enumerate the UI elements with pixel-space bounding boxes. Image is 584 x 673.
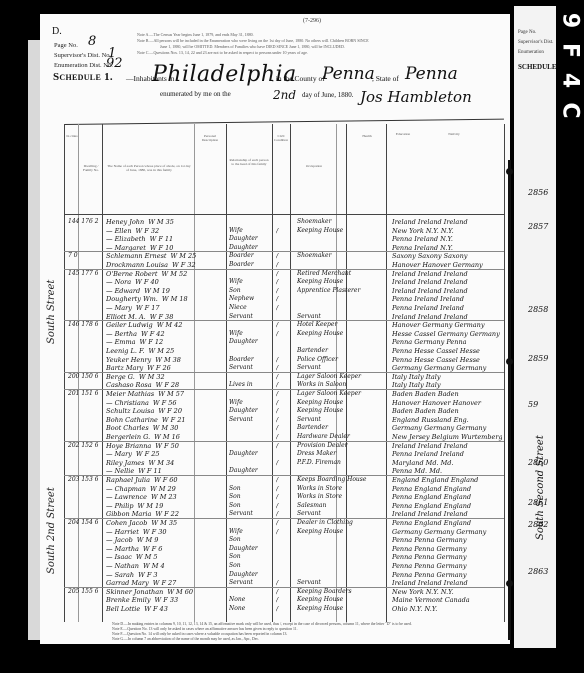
birthplaces: England England England	[392, 476, 502, 484]
form-code: (7-296)	[303, 18, 321, 24]
sex-age: W M 19	[138, 502, 164, 510]
relationship: Wife	[229, 330, 271, 337]
name-text: — Jacob	[106, 536, 133, 544]
table-row: — BerthaW F 42Wife/Keeping HouseHesse Ca…	[64, 330, 504, 338]
occupation: Bartender	[297, 424, 367, 431]
sex-age: W M 23	[151, 493, 177, 501]
occupation: Retired Merchant	[297, 270, 367, 277]
adjacent-page	[514, 6, 558, 662]
header-divider	[64, 214, 504, 215]
civil-mark: /	[276, 287, 286, 295]
sex-age: W M 38	[155, 356, 181, 364]
sex-age: W M 32	[139, 373, 165, 381]
table-row: — ElizabethW F 11DaughterPenna Ireland N…	[64, 235, 504, 243]
person-name: — LawrenceW M 23	[106, 493, 216, 501]
civil-mark: /	[276, 270, 286, 278]
sex-age: W M 42	[157, 321, 183, 329]
occupation: Keeping House	[297, 407, 367, 414]
sex-age: W M 9	[137, 536, 159, 544]
occupation: Salesman	[297, 502, 367, 509]
col-head-dwelling: Dwelling / Family No.	[80, 164, 102, 172]
table-row: Bell LottieW F 43None/Keeping HouseOhio …	[64, 605, 504, 613]
name-text: Riley James	[106, 459, 144, 467]
birthplaces: Penna Hesse Cassel Hesse	[392, 356, 502, 364]
name-text: — Harriet	[106, 528, 139, 536]
table-row: — HarrietW F 30Wife/Keeping HouseGermany…	[64, 528, 504, 536]
relationship: Son	[229, 493, 271, 500]
name-text: — Mary	[106, 304, 132, 312]
table-row: — JacobW M 9SonPenna Penna Germany	[64, 536, 504, 544]
name-text: Yeuker Henry	[106, 356, 151, 364]
occupation: Keeping House	[297, 596, 367, 603]
table-row: — EllenW F 32Wife/Keeping HouseNew York …	[64, 227, 504, 235]
name-text: Boot Charles	[106, 424, 149, 432]
civil-mark: /	[276, 442, 286, 450]
footnote-g: Note G.—In column 7 an abbreviation of t…	[112, 637, 259, 641]
sex-age: W M 18	[162, 295, 188, 303]
right-family-number: 59	[528, 400, 538, 409]
name-text: — Ellen	[106, 227, 132, 235]
occupation: Keeping Boarders	[297, 588, 367, 595]
person-name: — MaryW F 17	[106, 304, 216, 312]
sex-age: W F 25	[136, 450, 160, 458]
relationship: Son	[229, 502, 271, 509]
relationship: Servant	[229, 364, 271, 371]
right-margin-note: South Second Street	[535, 435, 546, 540]
person-name: Boot CharlesW M 30	[106, 424, 216, 432]
name-text: Heney John	[106, 218, 144, 226]
civil-mark: /	[276, 416, 286, 424]
name-text: — Elizabeth	[106, 235, 146, 243]
civil-mark: /	[276, 399, 286, 407]
relationship: Son	[229, 485, 271, 492]
page-spine	[508, 160, 511, 640]
name-text: Schlemann Ernest	[106, 252, 167, 260]
page-no-value: 8	[88, 34, 96, 49]
census-scan: (7-296) D. Page No. 8 Supervisor's Dist.…	[0, 0, 584, 673]
occupation: Keeping House	[297, 399, 367, 406]
name-text: Bohn Catharine	[106, 416, 158, 424]
birthplaces: Penna Ireland Ireland	[392, 304, 502, 312]
person-name: Skinner JonathanW M 60	[106, 588, 216, 596]
civil-mark: /	[276, 493, 286, 501]
birthplaces: Penna Hesse Cassel Hesse	[392, 347, 502, 355]
civil-mark: /	[276, 459, 286, 467]
occupation: Hardware Dealer	[297, 433, 367, 440]
birthplaces: Penna Ireland Ireland	[392, 295, 502, 303]
birthplaces: Baden Baden Baden	[392, 407, 502, 415]
table-row: — LawrenceW M 23Son/Works in StorePenna …	[64, 493, 504, 501]
table-row: Leenig L. F.W M 25BartenderPenna Hesse C…	[64, 347, 504, 355]
relationship: Niece	[229, 304, 271, 311]
table-row: — MaryW F 17Niece/Penna Ireland Ireland	[64, 304, 504, 312]
person-name: — EllenW F 32	[106, 227, 216, 235]
birthplaces: Saxony Saxony Saxony	[392, 252, 502, 260]
sex-age: W M 60	[167, 588, 193, 596]
person-name: — HarrietW F 30	[106, 528, 216, 536]
enumerated-label: enumerated by me on the	[160, 90, 231, 98]
person-name: Hoye BriannaW F 50	[106, 442, 216, 450]
person-name: — JacobW M 9	[106, 536, 216, 544]
right-family-number: 2858	[528, 305, 548, 314]
civil-mark: /	[276, 227, 286, 235]
person-name: Raphael JuliaW F 60	[106, 476, 216, 484]
relationship: Daughter	[229, 467, 271, 474]
table-row: Dougherty Wm.W M 18Nephew/Penna Ireland …	[64, 295, 504, 303]
sex-age: W F 20	[158, 407, 182, 415]
right-family-number: 2857	[528, 222, 548, 231]
birthplaces: Ohio N.Y. N.Y.	[392, 605, 502, 613]
occupation: Dealer in Clothing	[297, 519, 367, 526]
civil-mark: /	[276, 321, 286, 329]
right-supervisor-label: Supervisor's Dist.	[518, 40, 553, 45]
sex-age: W F 56	[153, 399, 177, 407]
table-row: 146 178 63Geiler LudwigW M 42/Hotel Keep…	[64, 321, 504, 329]
occupation: Keeping House	[297, 605, 367, 612]
civil-mark: /	[276, 407, 286, 415]
birthplaces: Ireland Ireland Ireland	[392, 287, 502, 295]
enumeration-dist-value: 92	[106, 56, 123, 71]
civil-mark: /	[276, 295, 286, 303]
dwelling-family-no: 201 151 65	[68, 390, 98, 397]
birthplaces: Germany Germany Germany	[392, 424, 502, 432]
col-head-relationship: Relationship of each person to the head …	[228, 158, 270, 166]
footnote-d: Note D.—In making entries in columns 9, …	[112, 622, 412, 626]
family-divider	[64, 475, 504, 476]
relationship: Servant	[229, 416, 271, 423]
sex-age: W F 42	[141, 330, 165, 338]
dwelling-family-no: 200 150 64	[68, 373, 98, 380]
relationship: None	[229, 596, 271, 603]
family-divider	[64, 587, 504, 588]
name-text: — Edward	[106, 287, 140, 295]
civil-mark: /	[276, 528, 286, 536]
birthplaces: Penna England England	[392, 485, 502, 493]
civil-mark: /	[276, 596, 286, 604]
right-schedule-label: SCHEDULE	[518, 63, 557, 71]
sex-age: W F 33	[155, 596, 179, 604]
occupation: Works in Store	[297, 485, 367, 492]
birthplaces: Ireland Ireland Ireland	[392, 218, 502, 226]
binding-hole	[506, 168, 513, 175]
table-row: Riley JamesW M 34/P.F.D. FiremanMaryland…	[64, 459, 504, 467]
table-row: 201 151 65Meier MathiasW M 57/Lager Salo…	[64, 390, 504, 398]
birthplaces: Penna Penna Germany	[392, 571, 502, 579]
sex-age: W F 21	[162, 416, 186, 424]
occupation: Police Officer	[297, 356, 367, 363]
sex-age: W M 5	[136, 553, 158, 561]
col-head-civil: Civil Condition	[272, 134, 290, 142]
occupation: Bartender	[297, 347, 367, 354]
supervisor-dist-label: Supervisor's Dist. No.	[54, 52, 111, 59]
family-divider	[64, 389, 504, 390]
table-top-border	[64, 119, 504, 125]
name-text: Brenke Emily	[106, 596, 151, 604]
right-page-no-label: Page No.	[518, 30, 536, 35]
relationship: Boarder	[229, 252, 271, 259]
relationship: Servant	[229, 510, 271, 517]
person-name: Riley JamesW M 34	[106, 459, 216, 467]
birthplaces: Penna Penna Germany	[392, 562, 502, 570]
sex-age: W F 60	[154, 476, 178, 484]
corner-mark: D.	[52, 26, 62, 37]
birthplaces: Hanover Hanover Hanover	[392, 399, 502, 407]
birthplaces: Maryland Md. Md.	[392, 459, 502, 467]
birthplaces: Penna Penna Germany	[392, 553, 502, 561]
name-text: — Mary	[106, 450, 132, 458]
person-name: Yeuker HenryW M 38	[106, 356, 216, 364]
name-text: — Chapman	[106, 485, 146, 493]
birthplaces: Italy Italy Italy	[392, 373, 502, 381]
table-row: — ChristianaW F 56Wife/Keeping HouseHano…	[64, 399, 504, 407]
occupation: Apprentice Plasterer	[297, 287, 367, 294]
table-row: Yeuker HenryW M 38Boarder/Police Officer…	[64, 356, 504, 364]
col-head-name: The Name of each Person whose place of a…	[106, 164, 192, 172]
column-divider	[504, 124, 505, 622]
civil-mark: /	[276, 252, 286, 260]
person-name: Heney JohnW M 35	[106, 218, 216, 226]
relationship: Daughter	[229, 571, 271, 578]
name-text: Geiler Ludwig	[106, 321, 153, 329]
note-b-cont: June 1, 1880, will be OMITTED. Members o…	[160, 44, 345, 49]
occupation: Keeping House	[297, 227, 367, 234]
occupation: Shoemaker	[297, 218, 367, 225]
relationship: Wife	[229, 528, 271, 535]
col-head-education: Education	[388, 132, 418, 136]
person-name: — EdwardW M 19	[106, 287, 216, 295]
scan-border-bottom	[0, 648, 584, 673]
census-table: In cities Dwelling / Family No. The Name…	[64, 124, 504, 622]
person-name: — NoraW F 40	[106, 278, 216, 286]
relationship: Daughter	[229, 545, 271, 552]
occupation: Servant	[297, 313, 367, 320]
family-divider	[64, 518, 504, 519]
sex-age: W F 11	[150, 235, 174, 243]
name-text: Raphael Julia	[106, 476, 150, 484]
person-name: Geiler LudwigW M 42	[106, 321, 216, 329]
table-row: 203 153 67Raphael JuliaW F 60/Keeps Boar…	[64, 476, 504, 484]
note-a: Note A.—The Census Year begins June 1, 1…	[137, 32, 254, 37]
film-label-char: C	[558, 99, 583, 123]
relationship: Daughter	[229, 244, 271, 251]
birthplaces: Ireland Ireland Ireland	[392, 270, 502, 278]
birthplaces: Ireland Ireland Ireland	[392, 278, 502, 286]
civil-mark: /	[276, 390, 286, 398]
table-row: — PhilipW M 19Son/SalesmanPenna England …	[64, 502, 504, 510]
state-label: , State of	[372, 74, 399, 83]
sex-age: W F 43	[144, 605, 168, 613]
civil-mark: /	[276, 485, 286, 493]
sex-age: W M 34	[148, 459, 174, 467]
name-text: Schultz Louisa	[106, 407, 154, 415]
civil-mark: /	[276, 330, 286, 338]
name-text: Bell Lottie	[106, 605, 140, 613]
census-page: (7-296) D. Page No. 8 Supervisor's Dist.…	[40, 14, 510, 644]
film-label-char: 4	[558, 69, 583, 93]
sex-age: W M 25	[171, 252, 197, 260]
relationship: Servant	[229, 579, 271, 586]
person-name: Schlemann ErnestW M 25	[106, 252, 216, 260]
relationship: Servant	[229, 313, 271, 320]
table-row: — MarthaW F 6DaughterPenna Penna Germany	[64, 545, 504, 553]
col-head-nativity: Nativity	[434, 132, 474, 136]
occupation: Keeping House	[297, 330, 367, 337]
table-row: — NoraW F 40Wife/Keeping HouseIreland Ir…	[64, 278, 504, 286]
occupation: Works in Saloon	[297, 381, 367, 388]
relationship: Wife	[229, 399, 271, 406]
schedule-title: Schedule 1.	[53, 71, 113, 83]
name-text: Skinner Jonathan	[106, 588, 163, 596]
right-enumeration-label: Enumeration	[518, 50, 544, 55]
sex-age: W F 6	[143, 545, 162, 553]
sex-age: W M 25	[149, 347, 175, 355]
person-name: — MarthaW F 6	[106, 545, 216, 553]
birthplaces: Penna Penna Germany	[392, 536, 502, 544]
name-text: Meier Mathias	[106, 390, 154, 398]
scan-border-top	[0, 0, 584, 14]
civil-mark: /	[276, 605, 286, 613]
page-no-label: Page No.	[54, 42, 78, 49]
dwelling-family-no: 204 154 68	[68, 519, 98, 526]
occupation: Servant	[297, 416, 367, 423]
relationship: None	[229, 605, 271, 612]
table-row: 204 154 68Cohen JacobW M 35/Dealer in Cl…	[64, 519, 504, 527]
relationship: Son	[229, 536, 271, 543]
note-b: Note B.—All persons will be included in …	[137, 38, 369, 43]
film-label-char: 9	[558, 9, 583, 33]
note-c: Note C.—Questions Nos. 13, 14, 22 and 23…	[137, 50, 308, 55]
family-divider	[64, 372, 504, 373]
birthplaces: Penna England England	[392, 502, 502, 510]
occupation: Servant	[297, 510, 367, 517]
person-name: Bell LottieW F 43	[106, 605, 216, 613]
person-name: — PhilipW M 19	[106, 502, 216, 510]
birthplaces: Penna England England	[392, 493, 502, 501]
table-row: — SarahW F 3DaughterPenna Penna Germany	[64, 571, 504, 579]
day-value: 2nd	[273, 88, 296, 102]
county-label: , in the County of	[272, 74, 325, 83]
occupation: P.F.D. Fireman	[297, 459, 367, 466]
col-head-health: Health	[348, 134, 386, 138]
occupation: Lager Saloon Keeper	[297, 390, 367, 397]
person-name: Brenke EmilyW F 33	[106, 596, 216, 604]
occupation: Keeping House	[297, 528, 367, 535]
name-text: — Lawrence	[106, 493, 147, 501]
birthplaces: Penna Ireland Ireland	[392, 450, 502, 458]
table-row: — IsaacW M 5SonPenna Penna Germany	[64, 553, 504, 561]
footnote-e: Note E.—Question No. 13 will only be ask…	[112, 627, 298, 631]
relationship: Wife	[229, 227, 271, 234]
name-text: — Emma	[106, 338, 136, 346]
right-family-number: 2856	[528, 188, 548, 197]
person-name: Bohn CatharineW F 21	[106, 416, 216, 424]
family-divider	[64, 441, 504, 442]
name-text: — Martha	[106, 545, 139, 553]
dwelling-family-no: 145 177 61	[68, 270, 98, 277]
birthplaces: Baden Baden Baden	[392, 390, 502, 398]
name-text: — Philip	[106, 502, 134, 510]
footnote-f: Note F.—Question No. 14 will only be ask…	[112, 632, 287, 636]
name-text: — Bertha	[106, 330, 137, 338]
occupation: Provision Dealer	[297, 442, 367, 449]
relationship: Wife	[229, 278, 271, 285]
family-divider	[64, 269, 504, 270]
name-text: — Sarah	[106, 571, 134, 579]
civil-mark: /	[276, 304, 286, 312]
occupation: Keeping House	[297, 278, 367, 285]
sex-age: W F 3	[138, 571, 157, 579]
dwelling-family-no: 203 153 67	[68, 476, 98, 483]
sex-age: W M 30	[153, 424, 179, 432]
name-text: Dougherty Wm.	[106, 295, 158, 303]
table-row: — ChapmanW M 29Son/Works in StorePenna E…	[64, 485, 504, 493]
civil-mark: /	[276, 502, 286, 510]
person-name: Meier MathiasW M 57	[106, 390, 216, 398]
birthplaces: Hanover Germany Germany	[392, 321, 502, 329]
name-text: Berge G.	[106, 373, 135, 381]
film-label-char: F	[558, 39, 583, 63]
relationship: Daughter	[229, 338, 271, 345]
civil-mark: /	[276, 373, 286, 381]
sex-age: W F 32	[136, 227, 160, 235]
occupation: Hotel Keeper	[297, 321, 367, 328]
civil-mark: /	[276, 476, 286, 484]
table-row: Schultz LouisaW F 20Daughter/Keeping Hou…	[64, 407, 504, 415]
sex-age: W M 4	[143, 562, 165, 570]
person-name: — ChapmanW M 29	[106, 485, 216, 493]
right-family-number: 2863	[528, 567, 548, 576]
person-name: — ElizabethW F 11	[106, 235, 216, 243]
civil-mark: /	[276, 519, 286, 527]
table-row: 202 152 66Hoye BriannaW F 50/Provision D…	[64, 442, 504, 450]
sex-age: W F 17	[136, 304, 160, 312]
col-head-cities: In cities	[66, 134, 78, 138]
table-row: 200 150 64Berge G.W M 32/Lager Saloon Ke…	[64, 373, 504, 381]
person-name: Dougherty Wm.W M 18	[106, 295, 216, 303]
person-name: — BerthaW F 42	[106, 330, 216, 338]
dwelling-family-no: 202 152 66	[68, 442, 98, 449]
month-year: day of June, 1880.	[302, 91, 354, 99]
occupation: Servant	[297, 364, 367, 371]
sex-age: W F 30	[143, 528, 167, 536]
table-row: 7 0Schlemann ErnestW M 25Boarder/Shoemak…	[64, 252, 504, 260]
civil-mark: /	[276, 356, 286, 364]
sex-age: W M 57	[158, 390, 184, 398]
person-name: — SarahW F 3	[106, 571, 216, 579]
name-text: Cohen Jacob	[106, 519, 147, 527]
family-divider	[64, 251, 504, 252]
sex-age: W M 35	[148, 218, 174, 226]
sex-age: W F 40	[135, 278, 159, 286]
occupation: Servant	[297, 579, 367, 586]
enumerator-signature: Jos Hambleton	[360, 88, 472, 106]
person-name: Cohen JacobW M 35	[106, 519, 216, 527]
name-text: Leenig L. F.	[106, 347, 145, 355]
binding-hole	[506, 580, 513, 587]
person-name: — EmmaW F 12	[106, 338, 216, 346]
birthplaces: Penna Ireland N.Y.	[392, 235, 502, 243]
table-row: — EmmaW F 12DaughterPenna Germany Penna	[64, 338, 504, 346]
dwelling-family-no: 146 178 63	[68, 321, 98, 328]
name-text: — Christiana	[106, 399, 149, 407]
state-value: Penna	[405, 64, 458, 84]
relationship: Son	[229, 553, 271, 560]
birthplaces: Hesse Cassel Germany Germany	[392, 330, 502, 338]
col-head-occupation: Occupation	[292, 164, 336, 168]
relationship: Nephew	[229, 295, 271, 302]
table-row: Boot CharlesW M 30/BartenderGermany Germ…	[64, 424, 504, 432]
birthplaces: New York N.Y. N.Y.	[392, 227, 502, 235]
